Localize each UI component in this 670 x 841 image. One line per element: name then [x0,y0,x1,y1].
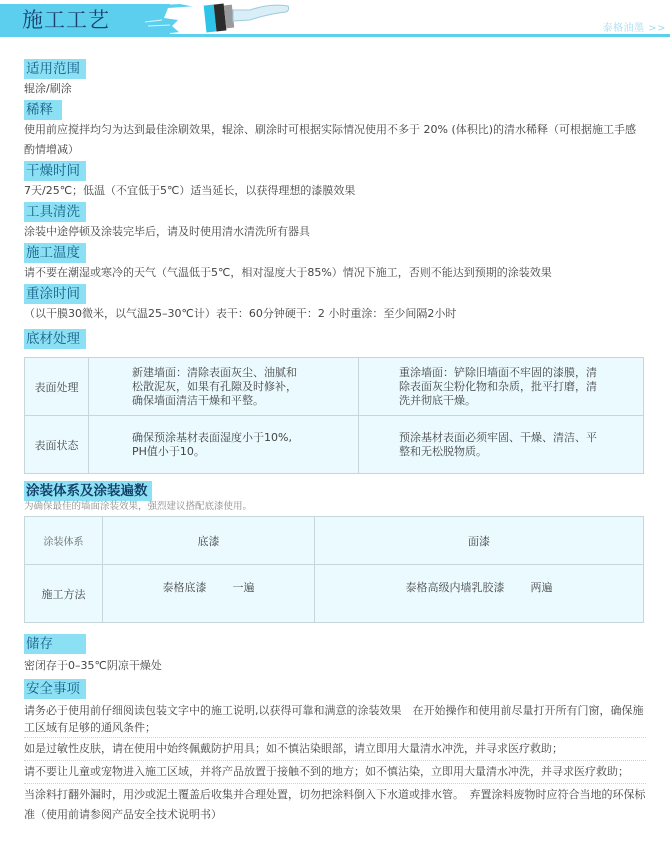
section-temperature: 施工温度 请不要在潮湿或寒冷的天气（气温低于5℃，相对湿度大于85%）情况下施工… [24,242,646,283]
column-header-primer: 底漆 [103,517,315,565]
section-title: 储存 [24,634,86,654]
primer-product: 泰格底漆 [163,581,207,594]
section-body: 使用前应搅拌均匀为达到最佳涂刷效果，辊涂、刷涂时可根据实际情况使用不多于 20%… [24,120,646,160]
section-note: 为确保最佳的墙面涂装效果，强烈建议搭配底漆使用。 [24,501,646,513]
content: 适用范围 辊涂/刷涂 稀释 使用前应搅拌均匀为达到最佳涂刷效果，辊涂、刷涂时可根… [24,58,646,826]
paintbrush-icon [140,0,290,36]
table-cell: 重涂墙面：铲除旧墙面不牢固的漆膜，清 除表面灰尘粉化物和杂质，批平打磨，清 洗并… [359,358,644,416]
cell-line: 整和无松脱物质。 [399,445,625,459]
table-row: 表面处理 新建墙面：清除表面灰尘、油腻和 松散泥灰，如果有孔隙及时修补， 确保墙… [25,358,644,416]
section-body: 7天/25℃；低温（不宜低于5℃）适当延长，以获得理想的漆膜效果 [24,181,646,201]
banner-rule [0,34,670,37]
section-coating-system: 涂装体系及涂装遍数 为确保最佳的墙面涂装效果，强烈建议搭配底漆使用。 涂装体系 … [24,480,646,623]
safety-list: 请务必于使用前仔细阅读包装文字中的施工说明,以获得可靠和满意的涂装效果 在开始操… [24,701,646,826]
section-substrate: 底材处理 表面处理 新建墙面：清除表面灰尘、油腻和 松散泥灰，如果有孔隙及时修补… [24,328,646,474]
topcoat-cell: 泰格高级内墙乳胶漆两遍 [315,565,644,623]
section-body: 辊涂/刷涂 [24,79,646,99]
cell-line: 洗并彻底干燥。 [399,394,625,408]
cell-line: 松散泥灰，如果有孔隙及时修补， [132,380,358,394]
section-body: 密闭存于0–35℃阴凉干燥处 [24,656,646,676]
cell-line: 除表面灰尘粉化物和杂质，批平打磨，清 [399,380,625,394]
cell-line: 预涂基材表面必须牢固、干燥、清洁、平 [399,431,625,445]
brand-link[interactable]: 泰格油墨 >> [603,19,666,34]
cell-line: PH值小于10。 [132,445,358,459]
topcoat-coats: 两遍 [531,581,553,594]
page-title: 施工工艺 [22,7,110,33]
section-title: 适用范围 [24,59,86,79]
section-recoat: 重涂时间 （以干膜30微米，以气温25–30℃计）表干：60分钟硬干：2 小时重… [24,283,646,324]
topcoat-product: 泰格高级内墙乳胶漆 [406,581,505,594]
cell-line: 重涂墙面：铲除旧墙面不牢固的漆膜，清 [399,366,625,380]
section-dilution: 稀释 使用前应搅拌均匀为达到最佳涂刷效果，辊涂、刷涂时可根据实际情况使用不多于 … [24,99,646,160]
section-body: （以干膜30微米，以气温25–30℃计）表干：60分钟硬干：2 小时重涂：至少间… [24,304,646,324]
primer-cell: 泰格底漆一遍 [103,565,315,623]
row-header: 施工方法 [25,565,103,623]
section-title: 干燥时间 [24,161,86,181]
table-cell: 确保预涂基材表面湿度小于10%, PH值小于10。 [89,416,359,474]
table-row: 表面状态 确保预涂基材表面湿度小于10%, PH值小于10。 预涂基材表面必须牢… [25,416,644,474]
table-cell: 预涂基材表面必须牢固、干燥、清洁、平 整和无松脱物质。 [359,416,644,474]
section-body: 涂装中途停顿及涂装完毕后，请及时使用清水清洗所有器具 [24,222,646,242]
list-item: 当涂料打翻外漏时，用沙或泥土覆盖后收集并合理处置，切勿把涂料倒入下水道或排水管。… [24,784,646,826]
section-title: 工具清洗 [24,202,86,222]
section-body: 请不要在潮湿或寒冷的天气（气温低于5℃，相对湿度大于85%）情况下施工，否则不能… [24,263,646,283]
coating-system-table: 涂装体系 底漆 面漆 施工方法 泰格底漆一遍 泰格高级内墙乳胶漆两遍 [24,516,644,623]
section-title: 施工温度 [24,243,86,263]
section-title: 底材处理 [24,329,86,349]
row-header: 表面处理 [25,358,89,416]
header-banner: 施工工艺 泰格油墨 >> [0,0,670,40]
column-header-topcoat: 面漆 [315,517,644,565]
cell-line: 新建墙面：清除表面灰尘、油腻和 [132,366,358,380]
row-header: 涂装体系 [25,517,103,565]
section-title: 稀释 [24,100,62,120]
section-safety: 安全事项 请务必于使用前仔细阅读包装文字中的施工说明,以获得可靠和满意的涂装效果… [24,678,646,826]
table-cell: 新建墙面：清除表面灰尘、油腻和 松散泥灰，如果有孔隙及时修补， 确保墙面清洁干燥… [89,358,359,416]
table-row: 施工方法 泰格底漆一遍 泰格高级内墙乳胶漆两遍 [25,565,644,623]
row-header: 表面状态 [25,416,89,474]
primer-coats: 一遍 [233,581,255,594]
cell-line: 确保预涂基材表面湿度小于10%, [132,431,358,445]
substrate-table: 表面处理 新建墙面：清除表面灰尘、油腻和 松散泥灰，如果有孔隙及时修补， 确保墙… [24,357,644,474]
section-title: 重涂时间 [24,284,86,304]
section-title: 涂装体系及涂装遍数 [24,481,152,501]
section-title: 安全事项 [24,679,86,699]
table-row: 涂装体系 底漆 面漆 [25,517,644,565]
section-scope: 适用范围 辊涂/刷涂 [24,58,646,99]
list-item: 请务必于使用前仔细阅读包装文字中的施工说明,以获得可靠和满意的涂装效果 在开始操… [24,701,646,738]
list-item: 如是过敏性皮肤，请在使用中始终佩戴防护用具；如不慎沾染眼部，请立即用大量清水冲洗… [24,738,646,761]
section-storage: 储存 密闭存于0–35℃阴凉干燥处 [24,633,646,676]
section-cleaning: 工具清洗 涂装中途停顿及涂装完毕后，请及时使用清水清洗所有器具 [24,201,646,242]
cell-line: 确保墙面清洁干燥和平整。 [132,394,358,408]
list-item: 请不要让儿童或宠物进入施工区域，并将产品放置于接触不到的地方；如不慎沾染，立即用… [24,761,646,784]
section-drying: 干燥时间 7天/25℃；低温（不宜低于5℃）适当延长，以获得理想的漆膜效果 [24,160,646,201]
